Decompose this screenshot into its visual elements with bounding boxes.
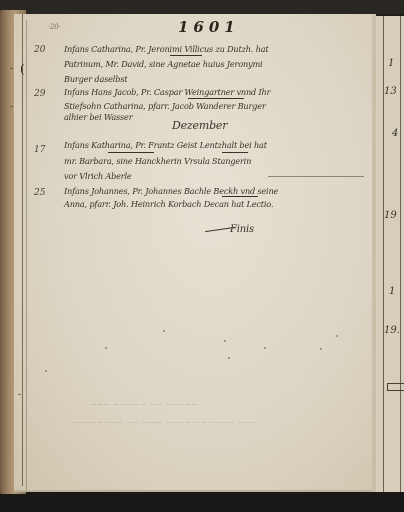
- entry-day: 29: [34, 89, 45, 99]
- name-underline: [170, 55, 202, 56]
- entry-line: Patrinum, Mr. David, sine Agnetae huius …: [64, 59, 262, 69]
- margin-number: 1: [388, 58, 394, 69]
- month-heading: Dezember: [172, 119, 227, 132]
- ink-speck: [224, 340, 226, 342]
- margin-number: 19.: [384, 325, 400, 336]
- separator-line: [268, 176, 364, 177]
- entry-day: 20: [34, 45, 45, 55]
- margin-number: 13: [384, 86, 397, 97]
- binding-rule: [22, 14, 23, 486]
- name-underline: [108, 152, 154, 153]
- bleed-through-text: ~~~~~~~~ ~~ ~~~ ~~~~~ ~~~~~ ~~~: [70, 418, 257, 427]
- gutter-mark: (: [20, 62, 25, 76]
- name-underline: [188, 98, 244, 99]
- entry-line: Anna, pfarr. Joh. Heinrich Korbach Decan…: [64, 199, 273, 209]
- ink-speck: [228, 357, 230, 359]
- ink-speck: [45, 370, 47, 372]
- ink-speck: [163, 330, 165, 332]
- entry-line: Infans Hans Jacob, Pr. Caspar Weingartne…: [64, 87, 270, 97]
- corner-note: ·20·: [48, 23, 61, 31]
- ink-speck: [320, 348, 322, 350]
- scanned-page: ( - - - ·20· 1601 20 Infans Catharina, P…: [0, 0, 404, 512]
- margin-number: 19: [384, 210, 397, 221]
- entry-line: vor Vlrich Aberle: [64, 171, 132, 181]
- name-underline: [222, 196, 258, 197]
- scan-background-top: [0, 0, 404, 14]
- margin-number: 4: [392, 128, 398, 139]
- ink-speck: [105, 347, 107, 349]
- gutter-mark: -: [18, 390, 21, 400]
- entry-line: alhier bei Wasser: [64, 112, 132, 122]
- gutter-mark: -: [10, 64, 13, 74]
- entry-line: mr. Barbara, sine Hanckherin Vrsula Stan…: [64, 156, 251, 166]
- year-heading: 1601: [178, 18, 240, 36]
- entry-line: Infans Catharina, Pr. Jeronimi Villicus …: [64, 44, 268, 54]
- ink-speck: [336, 335, 338, 337]
- margin-number: 1: [389, 286, 395, 297]
- entry-day: 25: [34, 188, 45, 198]
- ink-speck: [264, 347, 266, 349]
- closing-word: Finis: [230, 224, 254, 235]
- gutter-mark: -: [10, 102, 13, 112]
- adjacent-page-rule: [400, 16, 401, 492]
- entry-line: Infans Johannes, Pr. Johannes Bachle Bec…: [64, 186, 278, 196]
- entry-line: Burger daselbst: [64, 74, 127, 84]
- bleed-through-text: ~~~ ~~~~~ ~~ ~~~~~: [90, 400, 198, 409]
- name-underline: [222, 152, 248, 153]
- adjacent-page-notch: [387, 383, 404, 391]
- entry-line: Infans Katharina, Pr. Frantz Geist Lentz…: [64, 140, 267, 150]
- page-left-rule: [26, 20, 27, 490]
- entry-line: Stiefsohn Catharina, pfarr. Jacob Wander…: [64, 101, 266, 111]
- entry-day: 17: [34, 145, 45, 155]
- scan-background-bottom: [0, 490, 404, 512]
